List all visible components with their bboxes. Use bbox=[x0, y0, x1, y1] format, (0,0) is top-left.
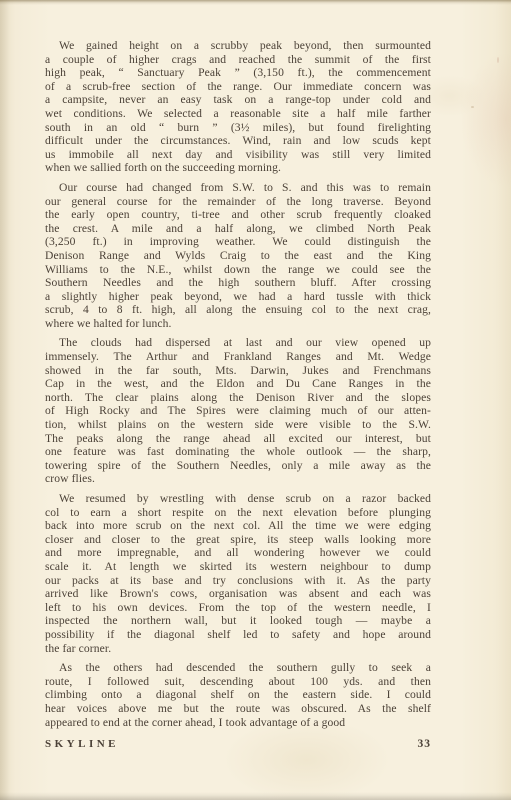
text-line: a couple of higher crags and reached the… bbox=[45, 53, 431, 67]
text-line: As the others had descended the southern… bbox=[45, 661, 431, 675]
text-line: Cap in the west, and the Eldon and Du Ca… bbox=[45, 377, 431, 391]
text-line: col to earn a short respite on the next … bbox=[45, 506, 431, 520]
text-line: towering spire of the Southern Needles, … bbox=[45, 459, 431, 473]
text-line: possibility if the diagonal shelf led to… bbox=[45, 628, 431, 642]
text-line: The clouds had dispersed at last and our… bbox=[45, 336, 431, 350]
body-text: We gained height on a scrubby peak beyon… bbox=[45, 39, 431, 729]
text-line: (3,250 ft.) in improving weather. We cou… bbox=[45, 235, 431, 249]
text-line: north. The clear plains along the Deniso… bbox=[45, 391, 431, 405]
text-line: inspected the northern wall, but it look… bbox=[45, 614, 431, 628]
text-line: where we halted for lunch. bbox=[45, 317, 431, 331]
text-line: us immobile all next day and visibility … bbox=[45, 148, 431, 162]
text-line: Williams to the N.E., whilst down the ra… bbox=[45, 263, 431, 277]
text-line: We resumed by wrestling with dense scrub… bbox=[45, 492, 431, 506]
page-top-edge bbox=[0, 0, 511, 5]
text-line: a slightly higher peak beyond, we had a … bbox=[45, 290, 431, 304]
text-line: our general course for the remainder of … bbox=[45, 195, 431, 209]
paper-speck bbox=[497, 57, 499, 63]
text-line: when we sallied forth on the succeeding … bbox=[45, 161, 431, 175]
paragraph: We gained height on a scrubby peak beyon… bbox=[45, 39, 431, 175]
page-number: 33 bbox=[418, 738, 432, 750]
page-footer: SKYLINE 33 bbox=[45, 738, 431, 750]
text-line: left to his own devices. From the top of… bbox=[45, 601, 431, 615]
text-line: our packs at its base and try conclusion… bbox=[45, 574, 431, 588]
text-line: climbing onto a diagonal shelf on the ea… bbox=[45, 688, 431, 702]
paragraph: We resumed by wrestling with dense scrub… bbox=[45, 492, 431, 655]
text-line: back into more scrub on the next col. Al… bbox=[45, 519, 431, 533]
text-line: crow flies. bbox=[45, 472, 431, 486]
paragraph: Our course had changed from S.W. to S. a… bbox=[45, 181, 431, 331]
text-line: south in an old “ burn ” (3½ miles), but… bbox=[45, 121, 431, 135]
text-line: Denison Range and Wylds Craig to the eas… bbox=[45, 249, 431, 263]
text-line: tion, whilst plains on the western side … bbox=[45, 418, 431, 432]
text-line: of a scrub-free section of the range. Ou… bbox=[45, 80, 431, 94]
text-line: hear voices above me but the route was o… bbox=[45, 702, 431, 716]
text-line: We gained height on a scrubby peak beyon… bbox=[45, 39, 431, 53]
text-line: closer and closer to the great spire, it… bbox=[45, 533, 431, 547]
text-line: Southern Needles and the high southern b… bbox=[45, 276, 431, 290]
text-line: appeared to end at the corner ahead, I t… bbox=[45, 716, 431, 730]
text-line: arrived like Brown's cows, organisation … bbox=[45, 587, 431, 601]
text-line: the early open country, ti-tree and othe… bbox=[45, 208, 431, 222]
text-line: the far corner. bbox=[45, 642, 431, 656]
text-line: Our course had changed from S.W. to S. a… bbox=[45, 181, 431, 195]
paper-speck bbox=[471, 106, 474, 108]
text-line: the crest. A mile and a half along, we c… bbox=[45, 222, 431, 236]
text-line: and more impregnable, and all wondering … bbox=[45, 546, 431, 560]
text-line: one feature was fast dominating the whol… bbox=[45, 445, 431, 459]
text-line: high peak, “ Sanctuary Peak ” (3,150 ft.… bbox=[45, 66, 431, 80]
text-line: difficult under the circumstances. Wind,… bbox=[45, 134, 431, 148]
text-line: of High Rocky and The Spires were claimi… bbox=[45, 404, 431, 418]
page-left-edge bbox=[0, 0, 10, 800]
text-line: scrub, 4 to 8 ft. high, all along the en… bbox=[45, 303, 431, 317]
text-line: showed in the far south, Mts. Darwin, Ju… bbox=[45, 364, 431, 378]
paragraph: The clouds had dispersed at last and our… bbox=[45, 336, 431, 486]
text-line: route, I followed suit, descending about… bbox=[45, 675, 431, 689]
text-line: wet conditions. We selected a reasonable… bbox=[45, 107, 431, 121]
text-line: The peaks along the range ahead all exci… bbox=[45, 432, 431, 446]
text-line: a campsite, never an easy task on a rang… bbox=[45, 93, 431, 107]
paragraph: As the others had descended the southern… bbox=[45, 661, 431, 729]
text-line: immensely. The Arthur and Frankland Rang… bbox=[45, 350, 431, 364]
journal-title: SKYLINE bbox=[45, 738, 119, 750]
page-bottom-edge bbox=[0, 792, 511, 800]
text-line: scale it. At length we skirted its weste… bbox=[45, 560, 431, 574]
book-page: We gained height on a scrubby peak beyon… bbox=[0, 0, 511, 800]
